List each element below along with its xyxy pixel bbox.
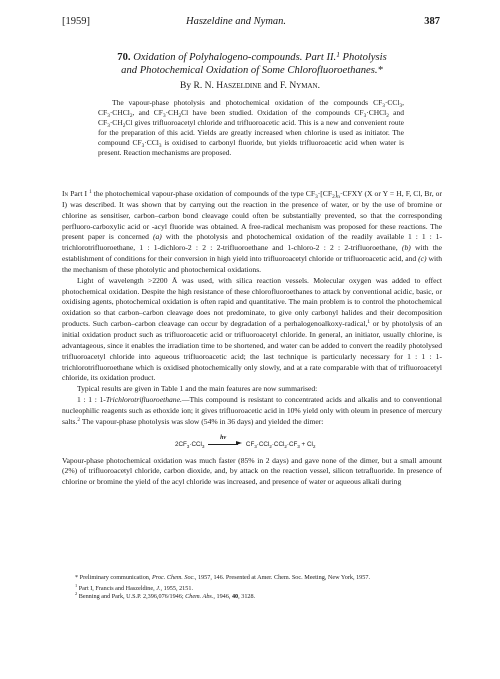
reaction-arrow-icon: hv xyxy=(208,441,242,447)
footnote-star: * Preliminary communication, Proc. Chem.… xyxy=(62,574,442,583)
footnotes: * Preliminary communication, Proc. Chem.… xyxy=(62,574,442,602)
byline-and: and xyxy=(262,81,280,91)
title-line-1-end: Photolysis xyxy=(340,52,387,63)
body-paragraph-1: In Part I 1 the photochemical vapour-pha… xyxy=(62,189,442,276)
body-paragraph-4: 1 : 1 : 1-Trichlorotrifluoroethane.—This… xyxy=(62,395,442,428)
body-paragraph-5: Vapour-phase photochemical oxidation was… xyxy=(62,456,442,489)
abstract-paragraph: The vapour-phase photolysis and photoche… xyxy=(98,98,404,157)
article-number: 70. xyxy=(117,52,130,63)
page-number: 387 xyxy=(424,16,440,27)
author1-initials: R. N. xyxy=(194,81,217,91)
title-line-2: and Photochemical Oxidation of Some Chlo… xyxy=(121,65,383,76)
author2-surname: Nyman. xyxy=(289,81,320,91)
reaction-equation: 2CF3·CCl3 hv CF3·CCl2·CCl2·CF3 + Cl2 xyxy=(62,432,442,454)
byline-by: By xyxy=(180,81,193,91)
title-line-1: Oxidation of Polyhalogeno-compounds. Par… xyxy=(133,52,336,63)
author1-surname: Haszeldine xyxy=(216,81,261,91)
running-title: Haszeldine and Nyman. xyxy=(186,16,286,27)
footnote-1: 1 Part I, Francis and Haszeldine, J., 19… xyxy=(62,585,442,594)
body-paragraph-3: Typical results are given in Table 1 and… xyxy=(62,384,442,395)
abstract: The vapour-phase photolysis and photoche… xyxy=(98,98,404,157)
body-paragraph-2: Light of wavelength >2200 Å was used, wi… xyxy=(62,276,442,384)
article-title: 70. Oxidation of Polyhalogeno-compounds.… xyxy=(78,51,426,77)
journal-year: [1959] xyxy=(62,16,90,27)
page-header: [1959] Haszeldine and Nyman. 387 xyxy=(62,16,440,30)
body-text: In Part I 1 the photochemical vapour-pha… xyxy=(62,189,442,488)
author2-initials: F. xyxy=(280,81,289,91)
byline: By R. N. Haszeldine and F. Nyman. xyxy=(0,81,500,91)
footnote-2: 2 Benning and Park, U.S.P. 2,396,076/194… xyxy=(62,593,442,602)
